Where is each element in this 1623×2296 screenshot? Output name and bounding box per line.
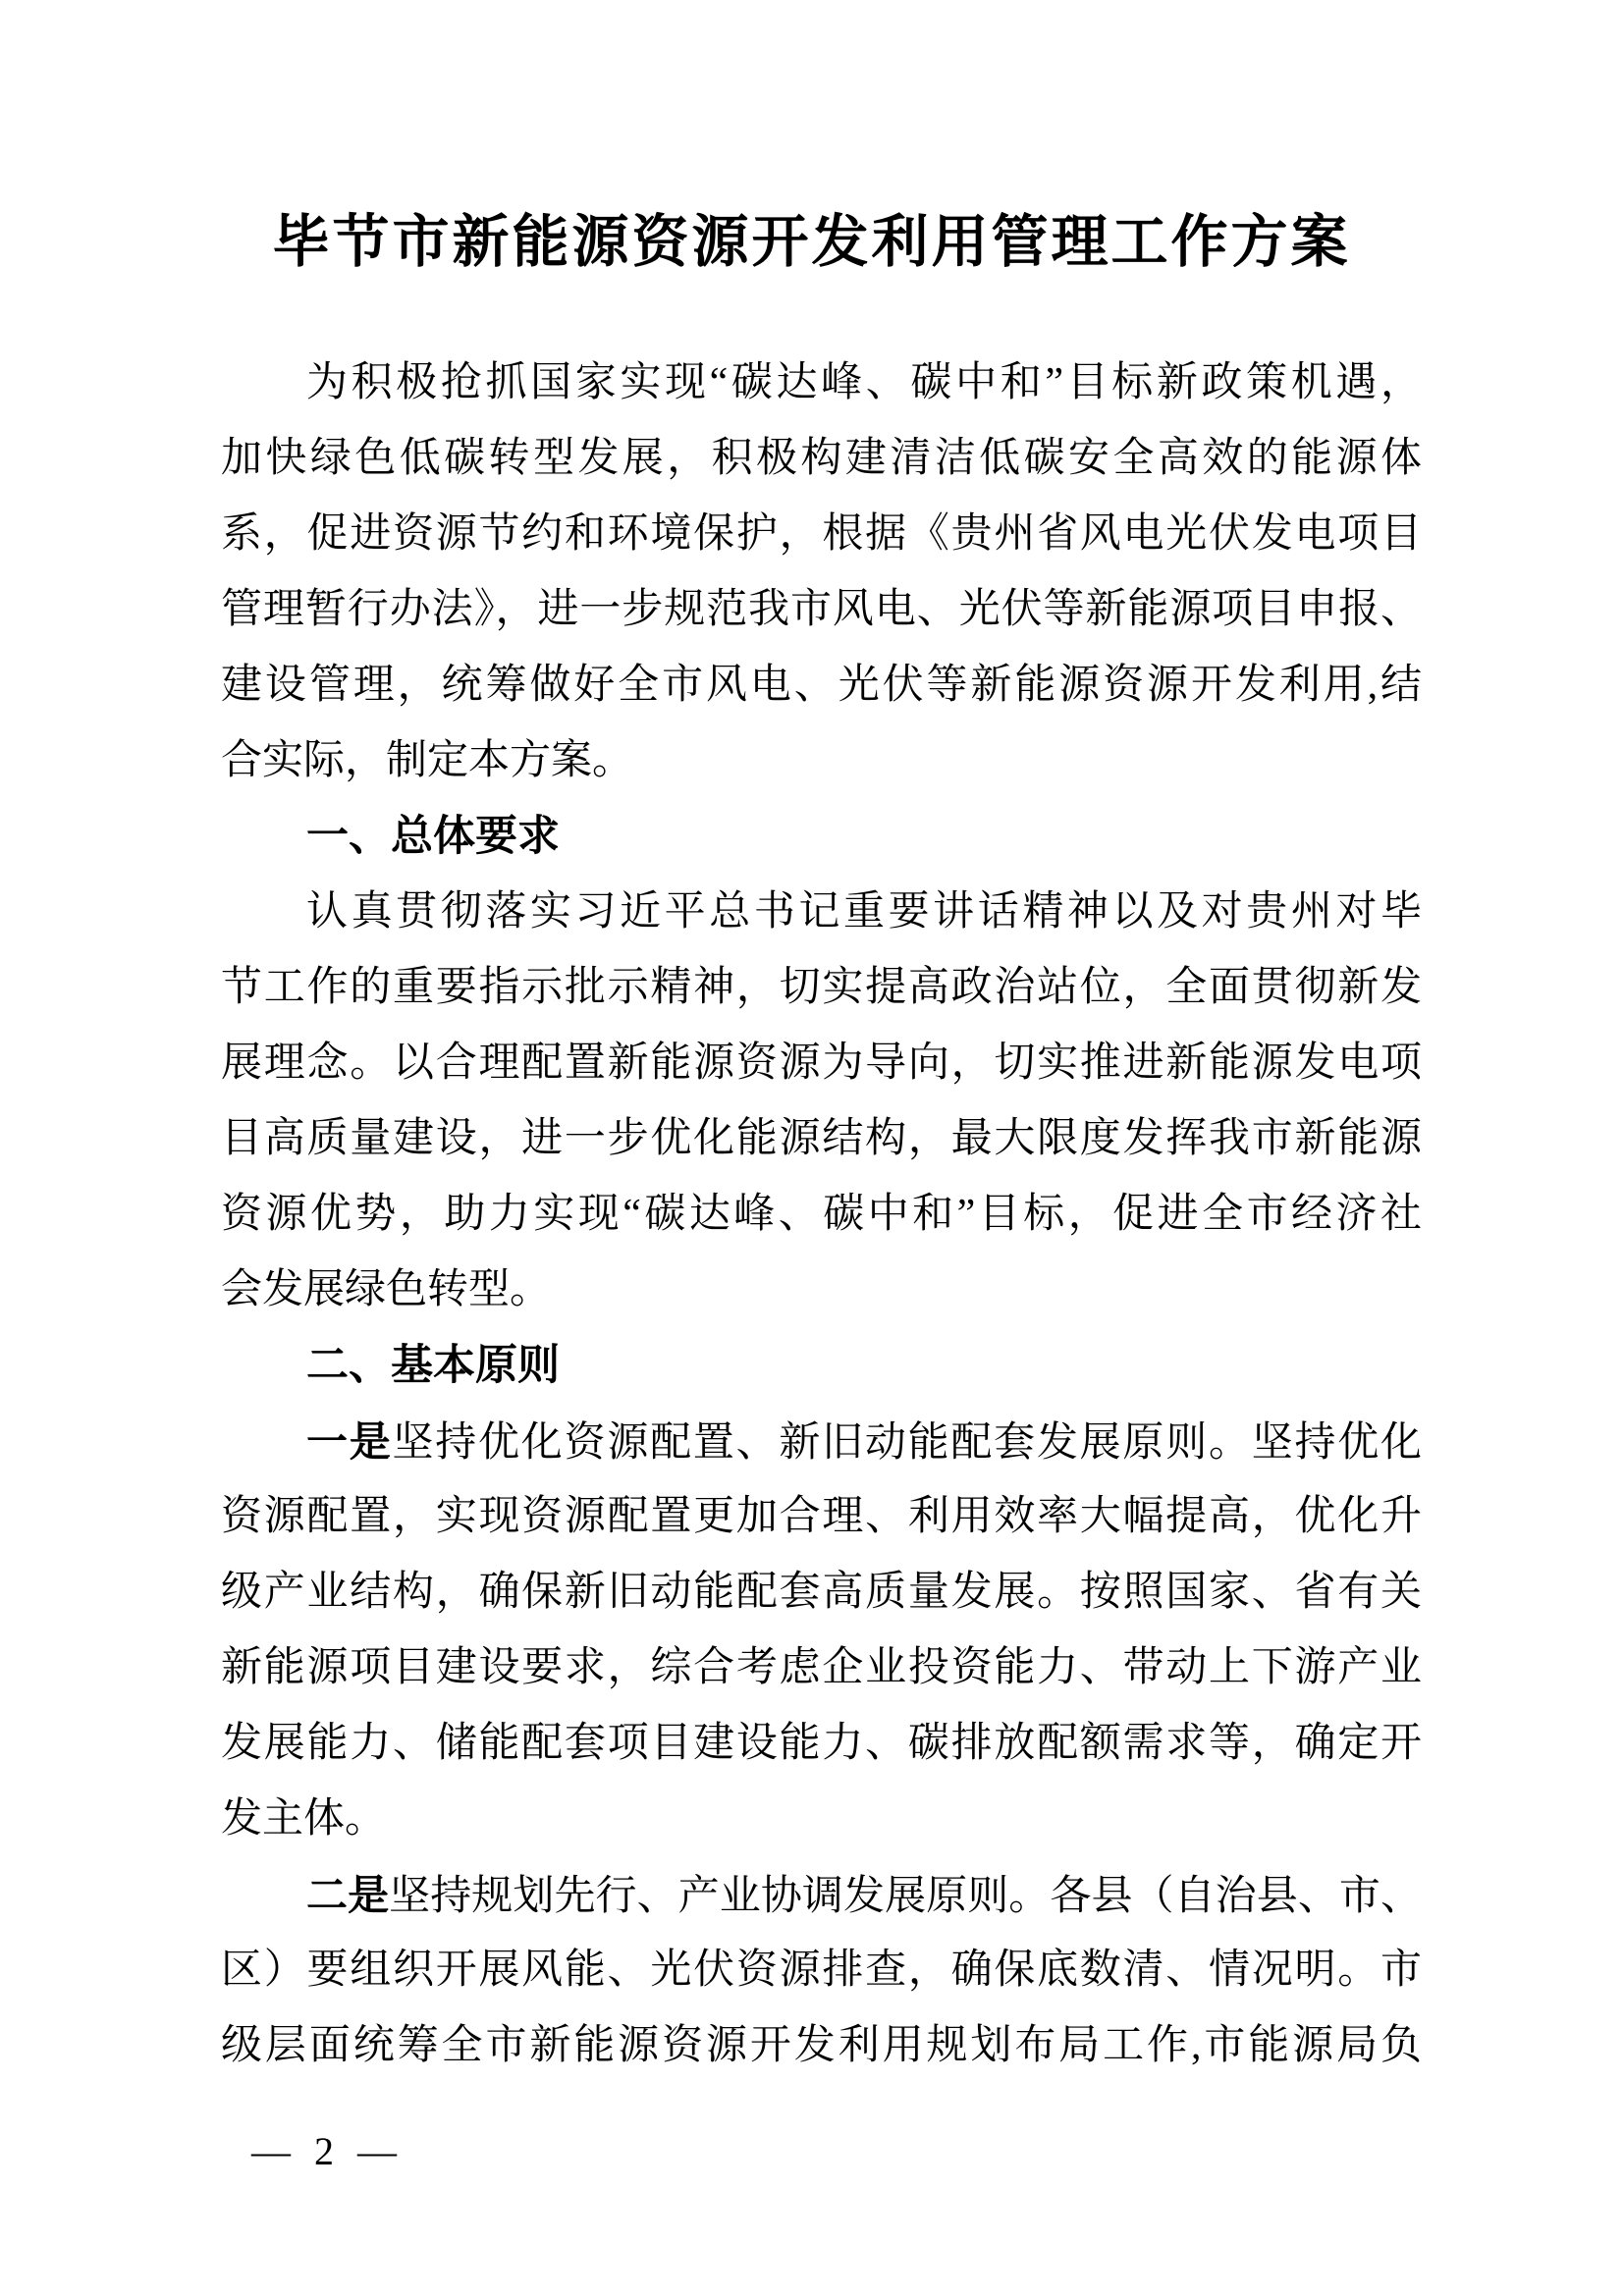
text-line: 系，促进资源节约和环境保护，根据《贵州省风电光伏发电项目 <box>221 497 1422 572</box>
text-line: 节工作的重要指示批示精神，切实提高政治站位，全面贯彻新发 <box>221 950 1422 1026</box>
text-line: 二是坚持规划先行、产业协调发展原则。各县（自治县、市、 <box>221 1857 1422 1933</box>
text-line: 发主体。 <box>221 1782 1422 1857</box>
page-footer: — 2 — <box>251 2128 404 2175</box>
text-line: 加快绿色低碳转型发展，积极构建清洁低碳安全高效的能源体 <box>221 421 1422 497</box>
text-line: 认真贯彻落实习近平总书记重要讲话精神以及对贵州对毕 <box>221 875 1422 950</box>
bold-lead: 二是 <box>306 1872 389 1918</box>
document-body: 为积极抢抓国家实现“碳达峰、碳中和”目标新政策机遇，加快绿色低碳转型发展，积极构… <box>221 346 1422 2084</box>
text-line: 区）要组织开展风能、光伏资源排查，确保底数清、情况明。市 <box>221 1933 1422 2008</box>
text-line: 合实际，制定本方案。 <box>221 723 1422 799</box>
section-heading: 一、总体要求 <box>221 799 1422 875</box>
line-text: 坚持优化资源配置、新旧动能配套发展原则。坚持优化 <box>393 1420 1422 1466</box>
text-line: 级层面统筹全市新能源资源开发利用规划布局工作,市能源局负 <box>221 2008 1422 2084</box>
text-line: 为积极抢抓国家实现“碳达峰、碳中和”目标新政策机遇， <box>221 346 1422 421</box>
text-line: 目高质量建设，进一步优化能源结构，最大限度发挥我市新能源 <box>221 1101 1422 1177</box>
text-line: 会发展绿色转型。 <box>221 1253 1422 1328</box>
text-line: 管理暂行办法》，进一步规范我市风电、光伏等新能源项目申报、 <box>221 572 1422 648</box>
text-line: 展理念。以合理配置新能源资源为导向，切实推进新能源发电项 <box>221 1026 1422 1101</box>
document-page: 毕节市新能源资源开发利用管理工作方案 为积极抢抓国家实现“碳达峰、碳中和”目标新… <box>0 0 1623 2296</box>
line-text: 坚持规划先行、产业协调发展原则。各县（自治县、市、 <box>389 1874 1422 1919</box>
text-line: 资源优势，助力实现“碳达峰、碳中和”目标，促进全市经济社 <box>221 1177 1422 1253</box>
text-line: 一是坚持优化资源配置、新旧动能配套发展原则。坚持优化 <box>221 1404 1422 1479</box>
section-heading: 二、基本原则 <box>221 1328 1422 1404</box>
page-number: — 2 — <box>251 2129 404 2173</box>
bold-lead: 一是 <box>306 1418 393 1465</box>
document-title: 毕节市新能源资源开发利用管理工作方案 <box>0 209 1623 276</box>
text-line: 资源配置，实现资源配置更加合理、利用效率大幅提高，优化升 <box>221 1479 1422 1555</box>
text-line: 建设管理，统筹做好全市风电、光伏等新能源资源开发利用,结 <box>221 648 1422 723</box>
text-line: 新能源项目建设要求，综合考虑企业投资能力、带动上下游产业 <box>221 1630 1422 1706</box>
text-line: 发展能力、储能配套项目建设能力、碳排放配额需求等，确定开 <box>221 1706 1422 1782</box>
text-line: 级产业结构，确保新旧动能配套高质量发展。按照国家、省有关 <box>221 1555 1422 1630</box>
